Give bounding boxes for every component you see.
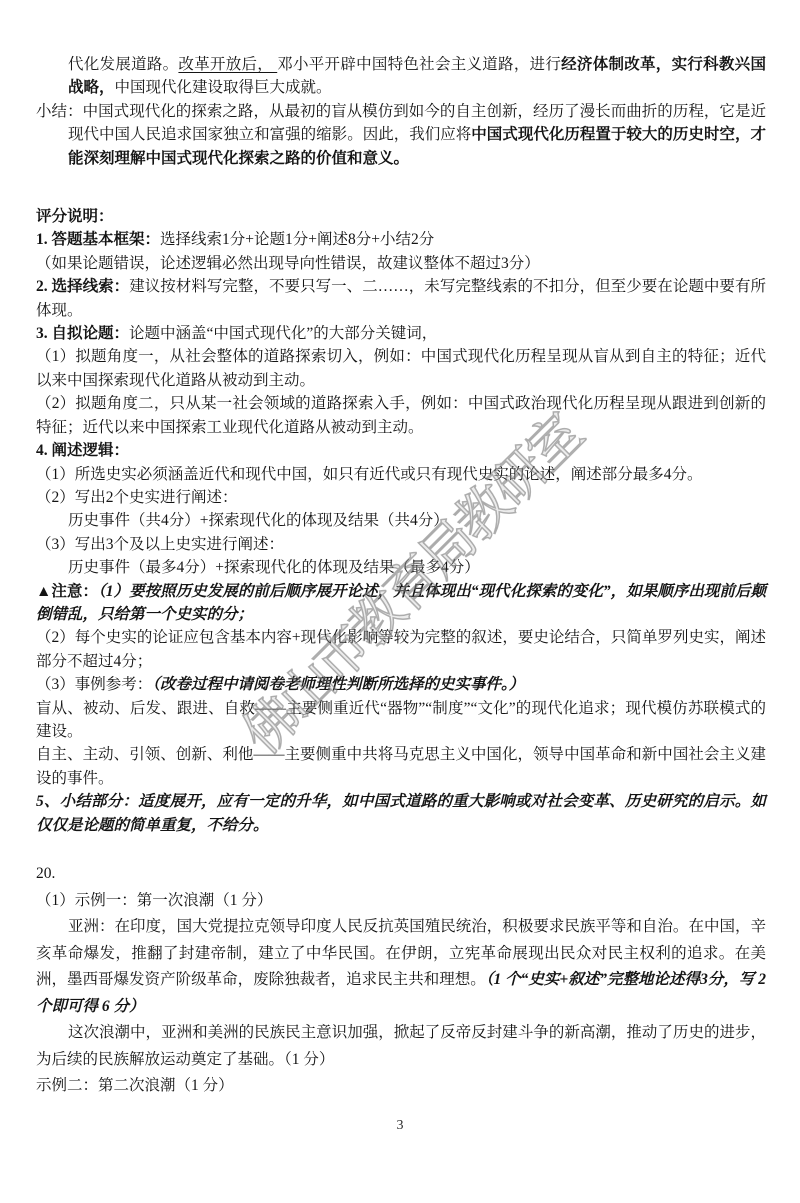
text-run: （2）拟题角度二，只从某一社会领域的道路探索入手，例如：中国式政治现代化历程呈现…	[36, 395, 766, 435]
scoring-item-clue: 2. 选择线索：建议按材料写完整，不要只写一、二……，未写完整线索的不扣分，但至…	[36, 275, 766, 322]
example-1-conclusion: 这次浪潮中，亚洲和美洲的民族民主意识加强，掀起了反帝反封建斗争的新高潮，推动了历…	[36, 1020, 766, 1073]
text-run: （3）写出3个及以上史实进行阐述：	[36, 536, 284, 553]
text-run: （3）事例参考：	[36, 676, 152, 693]
question-20-number: 20.	[36, 861, 766, 888]
text-run: （2）每个史实的论证应包含基本内容+现代化影响等较为完整的叙述，要史论结合，只简…	[36, 629, 766, 669]
topic-angle-1: （1）拟题角度一，从社会整体的道路探索切入，例如：中国式现代化历程呈现从盲从到自…	[36, 345, 766, 392]
example-2-title: 示例二：第二次浪潮（1 分）	[36, 1073, 766, 1100]
text-run: 评分说明：	[36, 208, 114, 225]
scoring-note-topic-error: （如果论题错误，论述逻辑必然出现导向性错误，故建议整体不超过3分）	[36, 252, 766, 275]
text-run: 3. 自拟论题：	[36, 325, 129, 342]
text-run: 盲从、被动、后发、跟进、自救——主要侧重近代“器物”“制度”“文化”的现代化追求…	[36, 700, 766, 740]
text-run: 历史事件（最多4分）+探索现代化的体现及结果（最多4分）	[68, 559, 480, 576]
section-question-20: 20.（1）示例一：第一次浪潮（1 分）亚洲：在印度，国大党提拉克领导印度人民反…	[36, 861, 766, 1100]
text-run: （2）写出2个史实进行阐述：	[36, 489, 238, 506]
text-run: （1）拟题角度一，从社会整体的道路探索切入，例如：中国式现代化历程呈现从盲从到自…	[36, 348, 766, 388]
text-run: 历史事件（共4分）+探索现代化的体现及结果（共4分）	[68, 512, 449, 529]
scoring-heading: 评分说明：	[36, 205, 766, 228]
text-run: 这次浪潮中，亚洲和美洲的民族民主意识加强，掀起了反帝反封建斗争的新高潮，推动了历…	[36, 1024, 766, 1068]
text-run: 自主、主动、引领、创新、利他——主要侧重中共将马克思主义中国化，领导中国革命和新…	[36, 746, 766, 786]
spacer	[36, 170, 766, 205]
text-run: 适度展开，应有一定的升华，如中国式道路的重大影响或对社会变革、历史研究的启示。如…	[36, 793, 766, 833]
section-answer-and-scoring: 代化发展道路。改革开放后， 邓小平开辟中国特色社会主义道路，进行经济体制改革，实…	[36, 53, 766, 837]
document-page: 代化发展道路。改革开放后， 邓小平开辟中国特色社会主义道路，进行经济体制改革，实…	[0, 0, 800, 1100]
text-run: （1）要按照历史发展的前后顺序展开论述，并且体现出“现代化探索的变化”，如果顺序…	[36, 583, 766, 623]
text-run: （1）所选史实必须涵盖近代和现代中国，如只有近代或只有现代史实的论述，阐述部分最…	[36, 466, 703, 483]
topic-angle-2: （2）拟题角度二，只从某一社会领域的道路探索入手，例如：中国式政治现代化历程呈现…	[36, 392, 766, 439]
scoring-item-logic: 4. 阐述逻辑：	[36, 439, 766, 462]
text-run: （1）示例一：第一次浪潮（1 分）	[36, 892, 272, 909]
example-1-body: 亚洲：在印度，国大党提拉克领导印度人民反抗英国殖民统治，积极要求民族平等和自治。…	[36, 914, 766, 1020]
example-keywords-passive: 盲从、被动、后发、跟进、自救——主要侧重近代“器物”“制度”“文化”的现代化追求…	[36, 697, 766, 744]
text-run: 4. 阐述逻辑：	[36, 442, 129, 459]
notice-point-2: （2）每个史实的论证应包含基本内容+现代化影响等较为完整的叙述，要史论结合，只简…	[36, 626, 766, 673]
text-run: ▲注意：	[36, 583, 98, 600]
logic-point-1: （1）所选史实必须涵盖近代和现代中国，如只有近代或只有现代史实的论述，阐述部分最…	[36, 463, 766, 486]
text-run: 代化发展道路。	[68, 56, 178, 73]
text-run: 1. 答题基本框架：	[36, 231, 160, 248]
logic-point-3-formula: 历史事件（最多4分）+探索现代化的体现及结果（最多4分）	[36, 556, 766, 579]
example-1-title: （1）示例一：第一次浪潮（1 分）	[36, 888, 766, 915]
text-run: 建议按材料写完整，不要只写一、二……，未写完整线索的不扣分，但至少要在论题中要有…	[36, 278, 766, 318]
notice-point-1: ▲注意：（1）要按照历史发展的前后顺序展开论述，并且体现出“现代化探索的变化”，…	[36, 580, 766, 627]
text-run: 论题中涵盖“中国式现代化”的大部分关键词，	[129, 325, 437, 342]
text-run: 选择线索1分+论题1分+阐述8分+小结2分	[160, 231, 434, 248]
scoring-item-summary: 5、小结部分：适度展开，应有一定的升华，如中国式道路的重大影响或对社会变革、历史…	[36, 790, 766, 837]
text-run: 2. 选择线索：	[36, 278, 129, 295]
text-run: （改卷过程中请阅卷老师理性判断所选择的史实事件。）	[152, 676, 524, 693]
text-run: 示例二：第二次浪潮（1 分）	[36, 1077, 234, 1094]
scoring-item-framework: 1. 答题基本框架：选择线索1分+论题1分+阐述8分+小结2分	[36, 228, 766, 251]
answer-summary: 小结：中国式现代化的探索之路，从最初的盲从模仿到如今的自主创新，经历了漫长而曲折…	[36, 100, 766, 170]
logic-point-2-formula: 历史事件（共4分）+探索现代化的体现及结果（共4分）	[36, 509, 766, 532]
text-run: 邓小平开辟中国特色社会主义道路，进行	[277, 56, 561, 73]
text-run: 改革开放后，	[178, 56, 277, 73]
text-run: （如果论题错误，论述逻辑必然出现导向性错误，故建议整体不超过3分）	[36, 255, 540, 272]
logic-point-2: （2）写出2个史实进行阐述：	[36, 486, 766, 509]
notice-point-3: （3）事例参考：（改卷过程中请阅卷老师理性判断所选择的史实事件。）	[36, 673, 766, 696]
answer-continued: 代化发展道路。改革开放后， 邓小平开辟中国特色社会主义道路，进行经济体制改革，实…	[36, 53, 766, 100]
scoring-item-self-topic: 3. 自拟论题：论题中涵盖“中国式现代化”的大部分关键词，	[36, 322, 766, 345]
text-run: 20.	[36, 865, 55, 882]
logic-point-3: （3）写出3个及以上史实进行阐述：	[36, 533, 766, 556]
page-number: 3	[0, 1118, 800, 1134]
text-run: 中国现代化建设取得巨大成就。	[115, 79, 332, 96]
example-keywords-active: 自主、主动、引领、创新、利他——主要侧重中共将马克思主义中国化，领导中国革命和新…	[36, 743, 766, 790]
text-run: 5、小结部分：	[36, 793, 138, 810]
